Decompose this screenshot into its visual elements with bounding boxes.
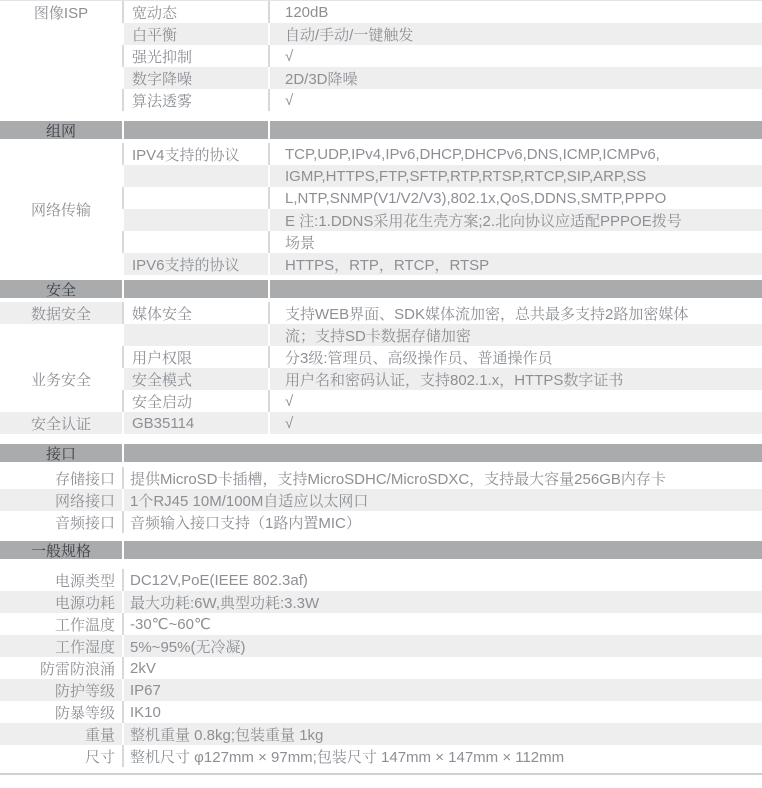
spec-value: 支持WEB界面、SDK媒体流加密，总共最多支持2路加密媒体 <box>268 302 762 324</box>
spec-value: √ <box>268 390 762 412</box>
spec-value: IP67 <box>122 679 762 701</box>
spec-value: √ <box>268 89 762 111</box>
spec-key: 存储接口 <box>0 467 122 489</box>
spec-value: HTTPS，RTP，RTCP，RTSP <box>268 253 762 275</box>
spec-row: 防暴等级 IK10 <box>0 701 762 723</box>
section-label: 网络传输 <box>0 198 122 220</box>
spec-value: -30℃~60℃ <box>122 613 762 635</box>
spec-row: 防雷防浪涌 2kV <box>0 657 762 679</box>
spec-row: 场景 <box>122 231 762 253</box>
spec-row: IPV4支持的协议 TCP,UDP,IPv4,IPv6,DHCP,DHCPv6,… <box>122 143 762 165</box>
spec-value: 流；支持SD卡数据存储加密 <box>268 324 762 346</box>
spec-value: E 注:1.DDNS采用花生壳方案;2.北向协议应适配PPPOE拨号 <box>268 209 762 231</box>
spec-key: IPV4支持的协议 <box>122 143 268 165</box>
spec-value: 整机尺寸 φ127mm × 97mm;包装尺寸 147mm × 147mm × … <box>122 745 762 767</box>
section-label-column: 网络传输 <box>0 143 122 275</box>
section-header-label: 安全 <box>0 280 122 298</box>
spec-value: IK10 <box>122 701 762 723</box>
spec-row: 电源功耗 最大功耗:6W,典型功耗:3.3W <box>0 591 762 613</box>
spec-key: 用户权限 <box>122 346 268 368</box>
section-label-column: 业务安全 <box>0 346 122 412</box>
spec-key: 防雷防浪涌 <box>0 657 122 679</box>
section-header-general: 一般规格 <box>0 541 762 559</box>
spec-key: 电源功耗 <box>0 591 122 613</box>
spec-row: 音频接口 音频输入接口支持（1路内置MIC） <box>0 511 762 533</box>
spec-value: √ <box>268 412 762 434</box>
spec-key: 尺寸 <box>0 745 122 767</box>
spec-row: 白平衡 自动/手动/一键触发 <box>122 23 762 45</box>
section-label-column: 图像ISP <box>0 1 122 111</box>
spec-key: GB35114 <box>122 412 268 434</box>
spec-row: 强光抑制 √ <box>122 45 762 67</box>
spec-row: 重量 整机重量 0.8kg;包装重量 1kg <box>0 723 762 745</box>
table-bottom-border <box>0 773 762 775</box>
spec-row: L,NTP,SNMP(V1/V2/V3),802.1x,QoS,DDNS,SMT… <box>122 187 762 209</box>
section-label: 数据安全 <box>0 302 122 324</box>
spec-value: 2kV <box>122 657 762 679</box>
spec-key: 媒体安全 <box>122 302 268 324</box>
spec-row: 电源类型 DC12V,PoE(IEEE 802.3af) <box>0 569 762 591</box>
spec-value: 5%~95%(无冷凝) <box>122 635 762 657</box>
spec-key: 音频接口 <box>0 511 122 533</box>
spec-value: 2D/3D降噪 <box>268 67 762 89</box>
spec-value: DC12V,PoE(IEEE 802.3af) <box>122 569 762 591</box>
spec-key: 安全模式 <box>122 368 268 390</box>
section-header-label: 接口 <box>0 444 122 462</box>
spec-row: 存储接口 提供MicroSD卡插槽，支持MicroSDHC/MicroSDXC，… <box>0 467 762 489</box>
spec-key: 白平衡 <box>122 23 268 45</box>
spec-row: IGMP,HTTPS,FTP,SFTP,RTP,RTSP,RTCP,SIP,AR… <box>122 165 762 187</box>
spec-table: 图像ISP 宽动态 120dB 白平衡 自动/手动/一键触发 强光抑制 √ 数字… <box>0 0 762 775</box>
section-label: 安全认证 <box>0 412 122 434</box>
spec-row: 防护等级 IP67 <box>0 679 762 701</box>
spec-value: 用户名和密码认证，支持802.1.x，HTTPS数字证书 <box>268 368 762 390</box>
spec-value: 最大功耗:6W,典型功耗:3.3W <box>122 591 762 613</box>
spec-value: 120dB <box>268 1 762 23</box>
section-label-column: 数据安全 <box>0 302 122 346</box>
spec-value: 场景 <box>268 231 762 253</box>
spec-row: IPV6支持的协议 HTTPS，RTP，RTCP，RTSP <box>122 253 762 275</box>
spec-row: E 注:1.DDNS采用花生壳方案;2.北向协议应适配PPPOE拨号 <box>122 209 762 231</box>
spec-key: 防护等级 <box>0 679 122 701</box>
spec-value: TCP,UDP,IPv4,IPv6,DHCP,DHCPv6,DNS,ICMP,I… <box>268 143 762 165</box>
spec-row: 宽动态 120dB <box>122 1 762 23</box>
spec-row: 尺寸 整机尺寸 φ127mm × 97mm;包装尺寸 147mm × 147mm… <box>0 745 762 767</box>
spec-value: 音频输入接口支持（1路内置MIC） <box>122 511 762 533</box>
spec-value: 分3级:管理员、高级操作员、普通操作员 <box>268 346 762 368</box>
section-data-security: 数据安全 媒体安全 支持WEB界面、SDK媒体流加密，总共最多支持2路加密媒体 … <box>0 302 762 346</box>
section-label: 图像ISP <box>0 1 122 23</box>
spec-key: 网络接口 <box>0 489 122 511</box>
spec-key: IPV6支持的协议 <box>122 253 268 275</box>
spec-key: 重量 <box>0 723 122 745</box>
spec-row: 安全模式 用户名和密码认证，支持802.1.x，HTTPS数字证书 <box>122 368 762 390</box>
spec-value: 1个RJ45 10M/100M自适应以太网口 <box>122 489 762 511</box>
spec-key: 算法透雾 <box>122 89 268 111</box>
spec-key: 宽动态 <box>122 1 268 23</box>
spec-key: 工作湿度 <box>0 635 122 657</box>
section-service-security: 业务安全 用户权限 分3级:管理员、高级操作员、普通操作员 安全模式 用户名和密… <box>0 346 762 412</box>
spec-row: 媒体安全 支持WEB界面、SDK媒体流加密，总共最多支持2路加密媒体 <box>122 302 762 324</box>
spec-value: 整机重量 0.8kg;包装重量 1kg <box>122 723 762 745</box>
spec-value: 自动/手动/一键触发 <box>268 23 762 45</box>
spec-row: 数字降噪 2D/3D降噪 <box>122 67 762 89</box>
spec-row: 用户权限 分3级:管理员、高级操作员、普通操作员 <box>122 346 762 368</box>
spec-key: 强光抑制 <box>122 45 268 67</box>
section-header-networking: 组网 <box>0 121 762 139</box>
spec-key: 工作温度 <box>0 613 122 635</box>
spec-row: 流；支持SD卡数据存储加密 <box>122 324 762 346</box>
spec-row: 网络接口 1个RJ45 10M/100M自适应以太网口 <box>0 489 762 511</box>
section-certification: 安全认证 GB35114 √ <box>0 412 762 434</box>
section-header-security: 安全 <box>0 280 762 298</box>
section-image-isp: 图像ISP 宽动态 120dB 白平衡 自动/手动/一键触发 强光抑制 √ 数字… <box>0 1 762 111</box>
spec-value: √ <box>268 45 762 67</box>
spec-row: 算法透雾 √ <box>122 89 762 111</box>
spec-key: 数字降噪 <box>122 67 268 89</box>
section-network-transmission: 网络传输 IPV4支持的协议 TCP,UDP,IPv4,IPv6,DHCP,DH… <box>0 143 762 275</box>
section-header-label: 组网 <box>0 121 122 139</box>
spec-key: 防暴等级 <box>0 701 122 723</box>
spec-value: 提供MicroSD卡插槽，支持MicroSDHC/MicroSDXC，支持最大容… <box>122 467 762 489</box>
section-header-label: 一般规格 <box>0 541 122 559</box>
spec-value: L,NTP,SNMP(V1/V2/V3),802.1x,QoS,DDNS,SMT… <box>268 187 762 209</box>
spec-row: 安全启动 √ <box>122 390 762 412</box>
section-header-interfaces: 接口 <box>0 444 762 462</box>
spec-row: 工作湿度 5%~95%(无冷凝) <box>0 635 762 657</box>
section-label: 业务安全 <box>0 368 122 390</box>
spec-row: 工作温度 -30℃~60℃ <box>0 613 762 635</box>
spec-key: 安全启动 <box>122 390 268 412</box>
spec-key: 电源类型 <box>0 569 122 591</box>
spec-value: IGMP,HTTPS,FTP,SFTP,RTP,RTSP,RTCP,SIP,AR… <box>268 165 762 187</box>
